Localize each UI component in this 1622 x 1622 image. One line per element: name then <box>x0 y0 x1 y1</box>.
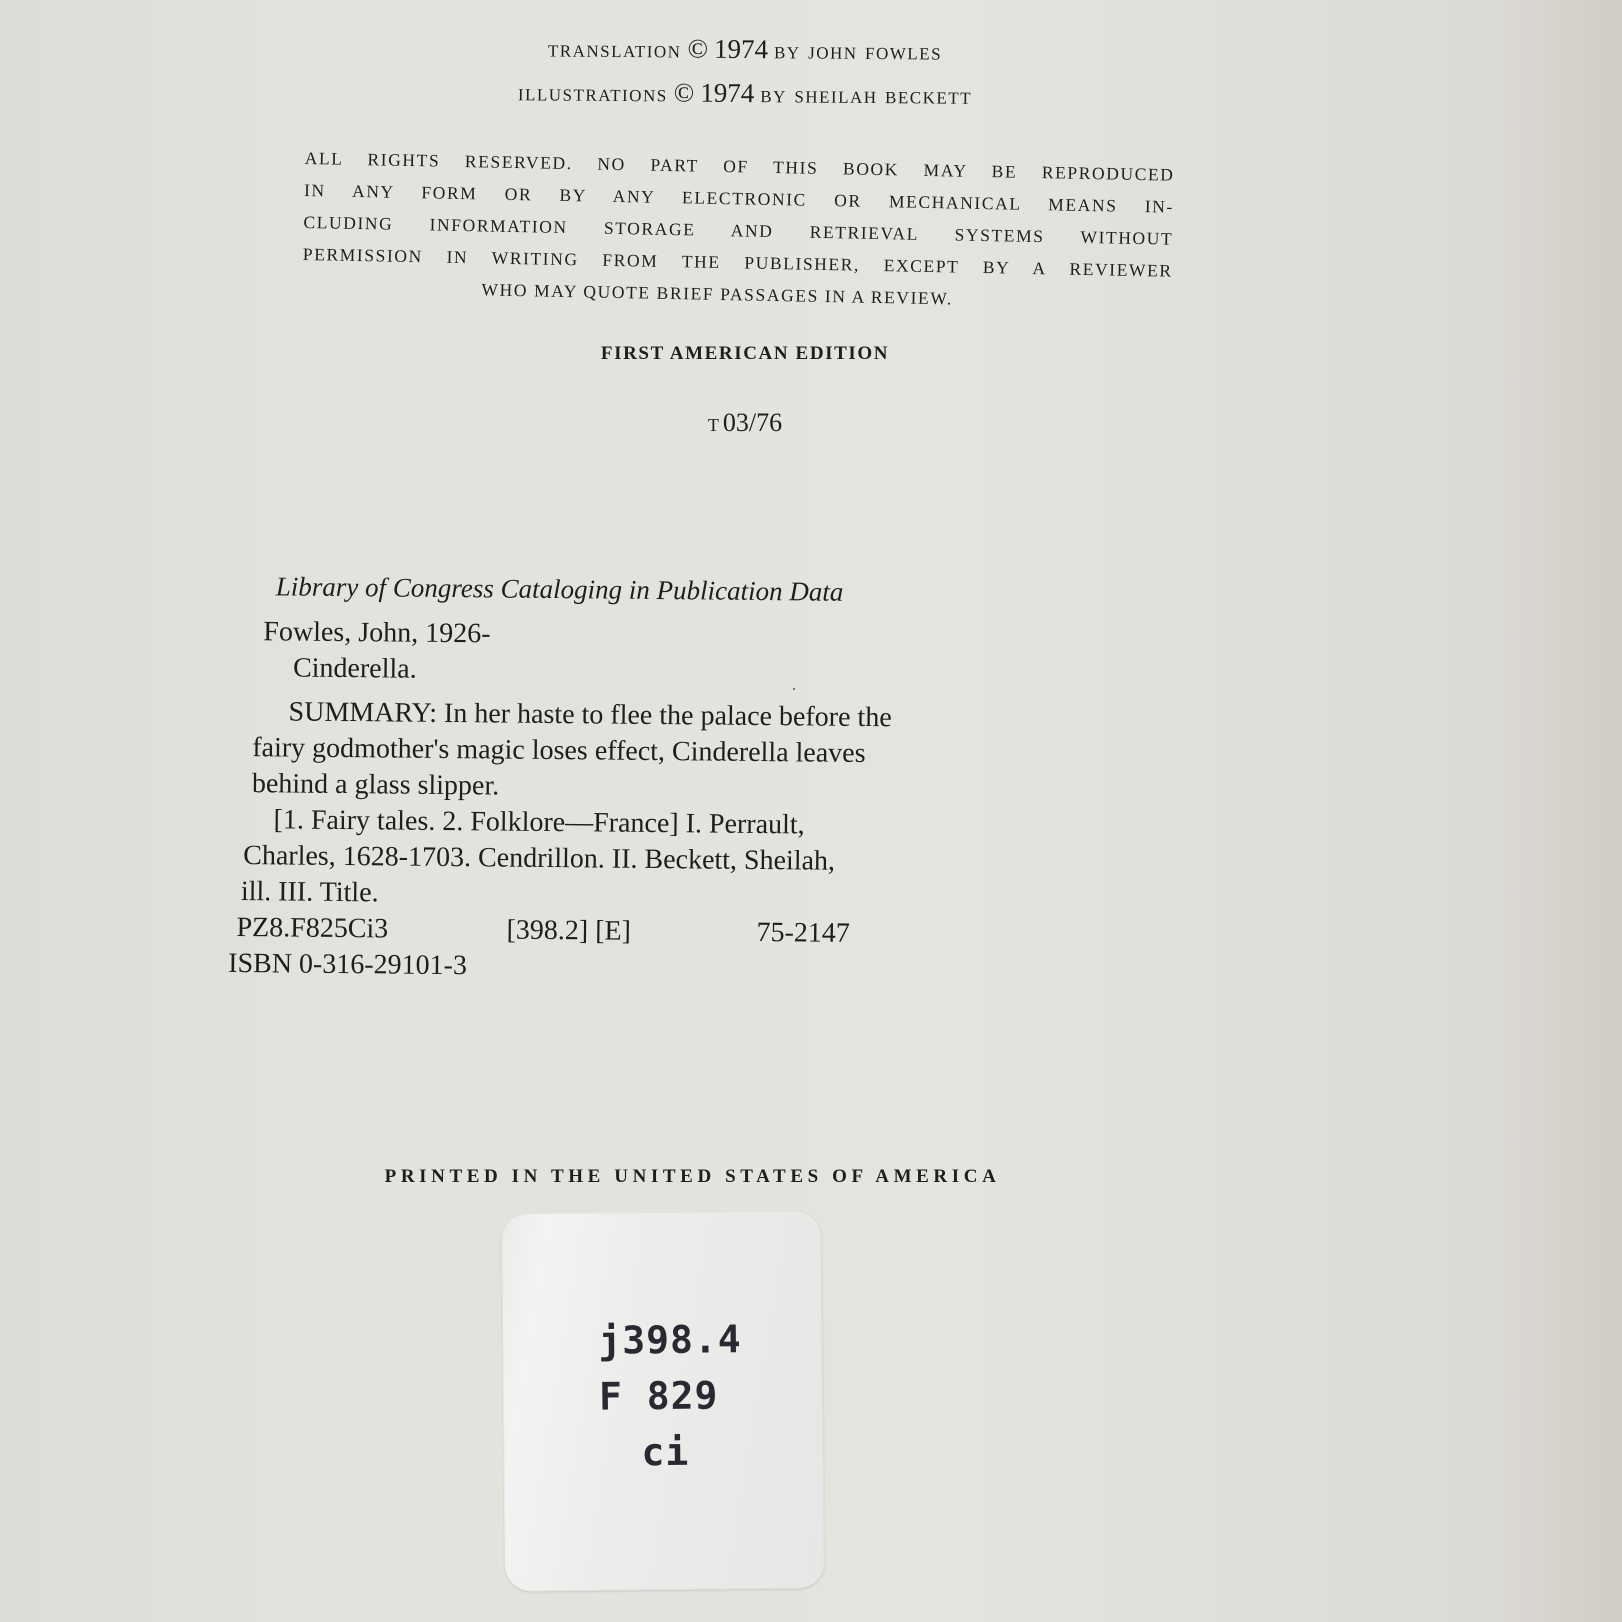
dewey-number: [398.2] [E] <box>506 913 756 951</box>
rights-notice: ALL RIGHTS RESERVED. NO PART OF THIS BOO… <box>302 142 1175 319</box>
copyright-page: translation © 1974 by john fowles illust… <box>0 0 1622 1622</box>
call-number-line: F 829 <box>599 1367 743 1424</box>
print-code: T03/76 <box>0 408 1490 438</box>
lc-call-number: PZ8.F825Ci3 <box>236 910 506 949</box>
illustrations-credit: illustrations © 1974 by sheilah beckett <box>0 72 1490 115</box>
call-number-line: j398.4 <box>598 1311 742 1368</box>
print-code-prefix: T <box>708 415 719 435</box>
credit-name: by sheilah beckett <box>760 82 972 110</box>
printed-in-statement: PRINTED IN THE UNITED STATES OF AMERICA <box>0 1166 1385 1188</box>
cip-title: Cinderella. <box>293 651 1039 694</box>
edition-statement: FIRST AMERICAN EDITION <box>0 343 1490 365</box>
credit-label: translation <box>548 36 682 63</box>
credit-name: by john fowles <box>774 38 942 65</box>
cip-heading: Library of Congress Cataloging in Public… <box>276 568 1040 611</box>
translation-credit: translation © 1974 by john fowles <box>0 28 1490 71</box>
copyright-symbol-icon: © <box>687 34 708 64</box>
credit-year: 1974 <box>700 78 754 108</box>
print-code-value: 03/76 <box>723 408 782 437</box>
cip-block: Library of Congress Cataloging in Public… <box>236 568 1040 990</box>
call-number-label: j398.4 F 829 ci <box>501 1210 825 1591</box>
paper-speck <box>793 688 795 690</box>
copyright-symbol-icon: © <box>674 77 695 107</box>
isbn: ISBN 0-316-29101-3 <box>228 946 1036 990</box>
credit-year: 1974 <box>714 34 768 64</box>
credit-label: illustrations <box>518 80 668 107</box>
lccn: 75-2147 <box>756 915 850 952</box>
call-number-line: ci <box>641 1423 743 1480</box>
